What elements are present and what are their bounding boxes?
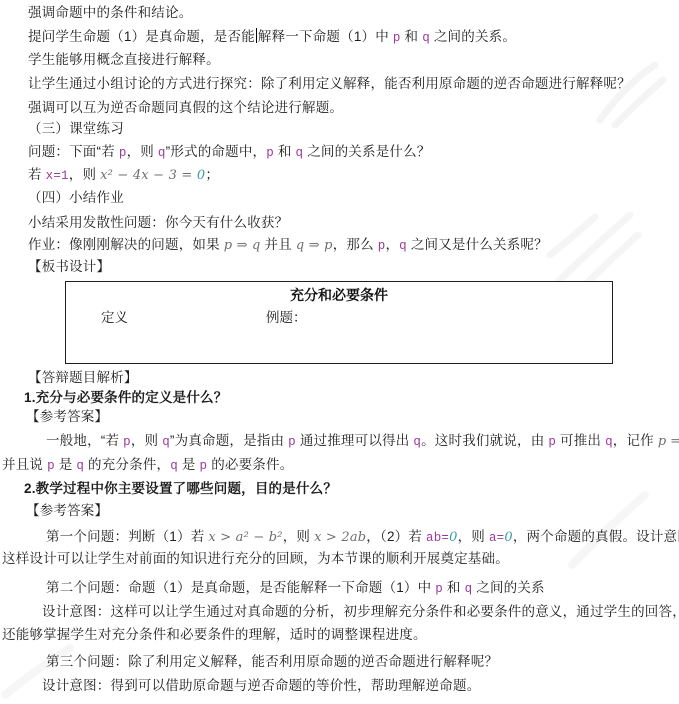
text-run: 【板书设计】 [28, 259, 110, 274]
line-third-question: 第三个问题：除了利用定义解释，能否利用原命题的逆否命题进行解释呢？ [46, 653, 498, 671]
text-run: ，则 [458, 529, 489, 544]
text-run: 【参考答案】 [26, 409, 108, 424]
text-run: q [399, 239, 407, 253]
text-run: ， [385, 237, 399, 252]
text-run: ，两个命题的真假。设计意图： [513, 529, 679, 544]
text-run: ab= [426, 531, 449, 545]
text-run: 并且说 [2, 457, 47, 472]
text-run: p [548, 435, 556, 449]
text-run: x² − 4x − 3 = [100, 168, 197, 183]
text-run: 0 [504, 530, 512, 545]
line-question-1: 1.充分与必要条件的定义是什么？ [24, 389, 227, 407]
text-run: 设计意图：得到可以借助原命题与逆否命题的等价性，帮助理解逆命题。 [42, 678, 480, 693]
text-run: 【答辩题目解析】 [28, 370, 138, 385]
line-reference-answer-1: 【参考答案】 [26, 408, 108, 426]
text-run: ”形式的命题中， [166, 144, 267, 159]
text-run: p ⇒ q [658, 434, 679, 449]
text-run: q ⇒ p [296, 238, 333, 253]
text-run: 解释一下命题（1）中 [258, 29, 393, 44]
text-run: q [162, 435, 170, 449]
text-run: 之间又是什么关系呢？ [407, 237, 548, 252]
text-run: 学生能够用概念直接进行解释。 [28, 52, 220, 67]
line-first-question: 第一个问题：判断（1）若 x > a² − b²，则 x > 2ab，（2）若 … [46, 528, 679, 547]
line-emphasize-contrapositive: 强调可以互为逆否命题同真假的这个结论进行解题。 [28, 99, 343, 117]
text-run: 问题：下面“若 [28, 144, 119, 159]
text-run: q [605, 435, 613, 449]
line-section-3: （三）课堂练习 [28, 120, 124, 138]
line-emphasize-condition: 强调命题中的条件和结论。 [28, 4, 192, 22]
text-run: 和 [401, 29, 423, 44]
text-run: 若 [28, 167, 46, 182]
line-first-question-cont: 这样设计可以让学生对前面的知识进行充分的回顾，为本节课的顺利开展奠定基础。 [2, 550, 509, 568]
text-run: （四）小结作业 [28, 190, 124, 205]
text-run: 让学生通过小组讨论的方式进行探究：除了利用定义解释，能否利用原命题的逆否命题进行… [28, 76, 631, 91]
text-run: 之间的关系是什么？ [303, 144, 430, 159]
text-run: ，那么 [333, 237, 378, 252]
text-run: p [266, 146, 274, 160]
text-run: x > 2ab [314, 530, 366, 545]
text-run: 之间的关系 [472, 580, 544, 595]
text-run: 之间的关系。 [430, 29, 516, 44]
text-run: 是 [178, 457, 200, 472]
text-run: p [119, 146, 127, 160]
text-run: 。这时我们就说，由 [421, 433, 548, 448]
line-students-explain: 学生能够用概念直接进行解释。 [28, 51, 220, 69]
text-run: ，则 [283, 529, 314, 544]
text-run: 是 [55, 457, 77, 472]
line-section-4: （四）小结作业 [28, 189, 124, 207]
text-run: ，则 [131, 433, 162, 448]
text-run: 和 [274, 144, 296, 159]
text-cursor [256, 28, 257, 43]
text-run: 2.教学过程中你主要设置了哪些问题，目的是什么？ [24, 481, 337, 496]
line-second-question: 第二个问题：命题（1）是真命题，是否能解释一下命题（1）中 p 和 q 之间的关… [46, 579, 545, 598]
text-run: ； [205, 167, 219, 182]
text-run: 的必要条件。 [207, 457, 293, 472]
text-run: 【参考答案】 [26, 503, 108, 518]
text-run: 的充分条件， [84, 457, 170, 472]
text-run: p [288, 435, 296, 449]
text-run: q [76, 459, 84, 473]
text-run: 小结采用发散性问题：你今天有什么收获？ [28, 215, 288, 230]
line-board-design-label: 【板书设计】 [28, 258, 110, 276]
text-run: ，则 [69, 167, 100, 182]
text-run: 作业：像刚刚解决的问题，如果 [28, 237, 224, 252]
board-title: 充分和必要条件 [66, 285, 612, 305]
text-run: p [393, 31, 401, 45]
text-run: 还能够掌握学生对充分条件和必要条件的理解，适时的调整课程进度。 [2, 627, 427, 642]
text-run: q [422, 31, 430, 45]
text-run: p [47, 459, 55, 473]
text-run: x > a² − b² [208, 530, 282, 545]
line-reference-answer-2: 【参考答案】 [26, 502, 108, 520]
line-equation: 若 x=1，则 x² − 4x − 3 = 0； [28, 166, 219, 185]
text-run: 可推出 [556, 433, 605, 448]
text-run: 强调可以互为逆否命题同真假的这个结论进行解题。 [28, 100, 343, 115]
text-run: q [170, 459, 178, 473]
text-run: 第三个问题：除了利用定义解释，能否利用原命题的逆否命题进行解释呢？ [46, 654, 498, 669]
line-defense-analysis-label: 【答辩题目解析】 [28, 369, 138, 387]
text-run: p [123, 435, 131, 449]
text-run: （三）课堂练习 [28, 121, 124, 136]
line-answer-1a: 一般地，“若 p，则 q”为真命题，是指由 p 通过推理可以得出 q。这时我们就… [46, 432, 679, 451]
text-run: a= [489, 531, 504, 545]
document-page: 强调命题中的条件和结论。提问学生命题（1）是真命题，是否能解释一下命题（1）中 … [0, 0, 679, 704]
text-run: 提问学生命题（1）是真命题，是否能 [28, 29, 255, 44]
board-example-label: 例题： [266, 306, 307, 326]
line-question-2: 2.教学过程中你主要设置了哪些问题，目的是什么？ [24, 480, 337, 498]
line-third-intent: 设计意图：得到可以借助原命题与逆否命题的等价性，帮助理解逆命题。 [42, 677, 480, 695]
line-second-intent-cont: 还能够掌握学生对充分条件和必要条件的理解，适时的调整课程进度。 [2, 626, 427, 644]
text-run: 强调命题中的条件和结论。 [28, 5, 192, 20]
text-run: 第二个问题：命题（1）是真命题，是否能解释一下命题（1）中 [46, 580, 435, 595]
text-run: 0 [449, 530, 457, 545]
text-run: 1.充分与必要条件的定义是什么？ [24, 390, 227, 405]
text-run: q [413, 435, 421, 449]
text-run: ，（2）若 [366, 529, 426, 544]
text-run: 设计意图：这样可以让学生通过对真命题的分析，初步理解充分条件和必要条件的意义，通… [42, 604, 679, 619]
line-homework: 作业：像刚刚解决的问题，如果 p ⇒ q 并且 q ⇒ p，那么 p，q 之间又… [28, 236, 548, 255]
blackboard-design-box: 充分和必要条件 定义 例题： [65, 281, 613, 364]
line-practice-question: 问题：下面“若 p，则 q”形式的命题中，p 和 q 之间的关系是什么？ [28, 143, 431, 162]
text-run: 这样设计可以让学生对前面的知识进行充分的回顾，为本节课的顺利开展奠定基础。 [2, 551, 509, 566]
text-run: 一般地，“若 [46, 433, 123, 448]
text-run: 第一个问题：判断（1）若 [46, 529, 208, 544]
line-second-intent: 设计意图：这样可以让学生通过对真命题的分析，初步理解充分条件和必要条件的意义，通… [42, 603, 679, 621]
text-run: 通过推理可以得出 [296, 433, 414, 448]
line-group-discussion: 让学生通过小组讨论的方式进行探究：除了利用定义解释，能否利用原命题的逆否命题进行… [28, 75, 631, 93]
text-run: x=1 [46, 169, 69, 183]
board-definition-label: 定义 [101, 306, 128, 326]
text-run: ”为真命题，是指由 [170, 433, 288, 448]
text-run: ，记作 [613, 433, 658, 448]
text-run: p ⇒ q [224, 238, 261, 253]
line-summary-question: 小结采用发散性问题：你今天有什么收获？ [28, 214, 288, 232]
text-run: ，则 [127, 144, 158, 159]
text-run: p [435, 582, 443, 596]
line-answer-1b: 并且说 p 是 q 的充分条件，q 是 p 的必要条件。 [2, 456, 293, 475]
watermark-mark [585, 50, 675, 140]
text-run: 和 [443, 580, 465, 595]
line-ask-students: 提问学生命题（1）是真命题，是否能解释一下命题（1）中 p 和 q 之间的关系。 [28, 28, 516, 47]
text-run: q [158, 146, 166, 160]
text-run: 并且 [261, 237, 296, 252]
